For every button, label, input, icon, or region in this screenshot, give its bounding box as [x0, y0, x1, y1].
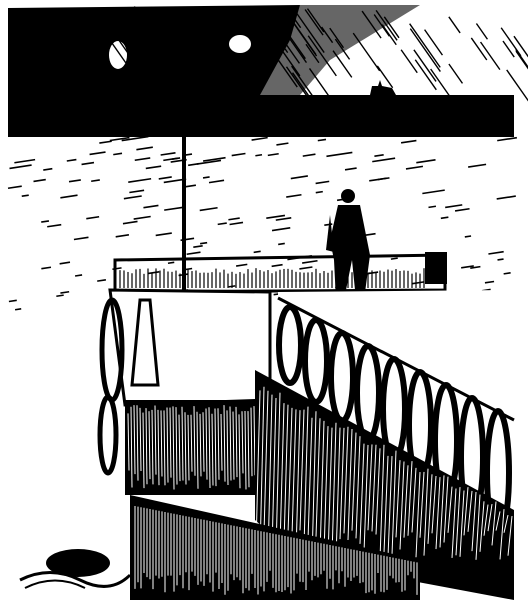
illustration — [0, 0, 528, 600]
left-pier-block — [100, 290, 275, 495]
